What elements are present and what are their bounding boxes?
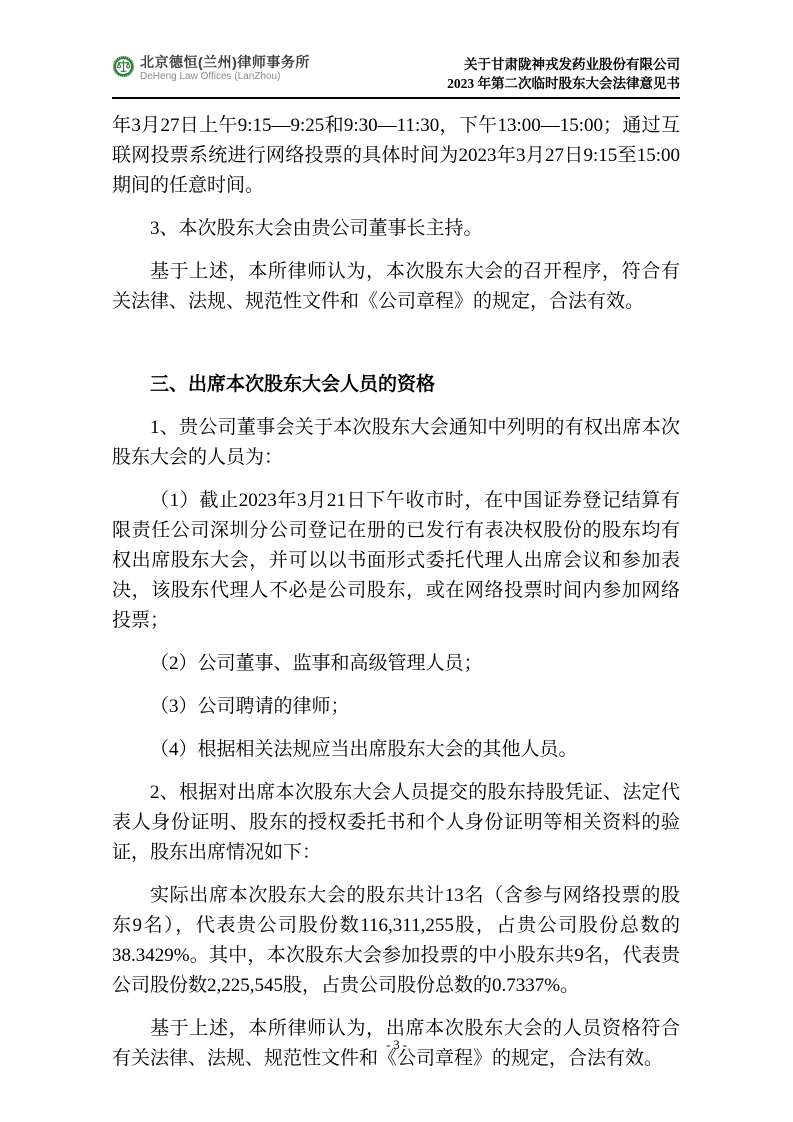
document-title: 关于甘肃陇神戎发药业股份有限公司 2023 年第二次临时股东大会法律意见书 — [447, 55, 680, 93]
law-firm-name-block: 北京德恒(兰州)律师事务所 DeHeng Law Offices (LanZho… — [140, 54, 310, 83]
deheng-logo-icon — [112, 55, 135, 83]
paragraph: （1）截止2023年3月21日下午收市时，在中国证券登记结算有限责任公司深圳分公… — [112, 486, 680, 636]
paragraph: 实际出席本次股东大会的股东共计13名（含参与网络投票的股东9名），代表贵公司股份… — [112, 881, 680, 1001]
paragraph: 3、本次股东大会由贵公司董事长主持。 — [112, 214, 680, 244]
paragraph: 年3月27日上午9:15—9:25和9:30—11:30，下午13:00—15:… — [112, 111, 680, 201]
paragraph: （3）公司聘请的律师； — [112, 692, 680, 722]
paragraph: （2）公司董事、监事和高级管理人员； — [112, 649, 680, 679]
section-heading: 三、出席本次股东大会人员的资格 — [112, 370, 680, 400]
document-page: 北京德恒(兰州)律师事务所 DeHeng Law Offices (LanZho… — [0, 0, 793, 1122]
paragraph: 2、根据对出席本次股东大会人员提交的股东持股凭证、法定代表人身份证明、股东的授权… — [112, 778, 680, 868]
page-header: 北京德恒(兰州)律师事务所 DeHeng Law Offices (LanZho… — [112, 0, 680, 99]
document-body: 年3月27日上午9:15—9:25和9:30—11:30，下午13:00—15:… — [112, 99, 680, 1074]
law-firm-name-cn: 北京德恒(兰州)律师事务所 — [140, 54, 310, 70]
document-title-line1: 关于甘肃陇神戎发药业股份有限公司 — [447, 55, 680, 74]
page-number: - 3 - — [0, 1038, 793, 1053]
paragraph: 基于上述，本所律师认为，本次股东大会的召开程序，符合有关法律、法规、规范性文件和… — [112, 257, 680, 317]
law-firm-brand: 北京德恒(兰州)律师事务所 DeHeng Law Offices (LanZho… — [112, 54, 310, 83]
paragraph: （4）根据相关法规应当出席股东大会的其他人员。 — [112, 735, 680, 765]
document-title-line2: 2023 年第二次临时股东大会法律意见书 — [447, 74, 680, 93]
paragraph: 1、贵公司董事会关于本次股东大会通知中列明的有权出席本次股东大会的人员为： — [112, 413, 680, 473]
law-firm-name-en: DeHeng Law Offices (LanZhou) — [140, 70, 310, 83]
page-content: 北京德恒(兰州)律师事务所 DeHeng Law Offices (LanZho… — [112, 0, 680, 1087]
